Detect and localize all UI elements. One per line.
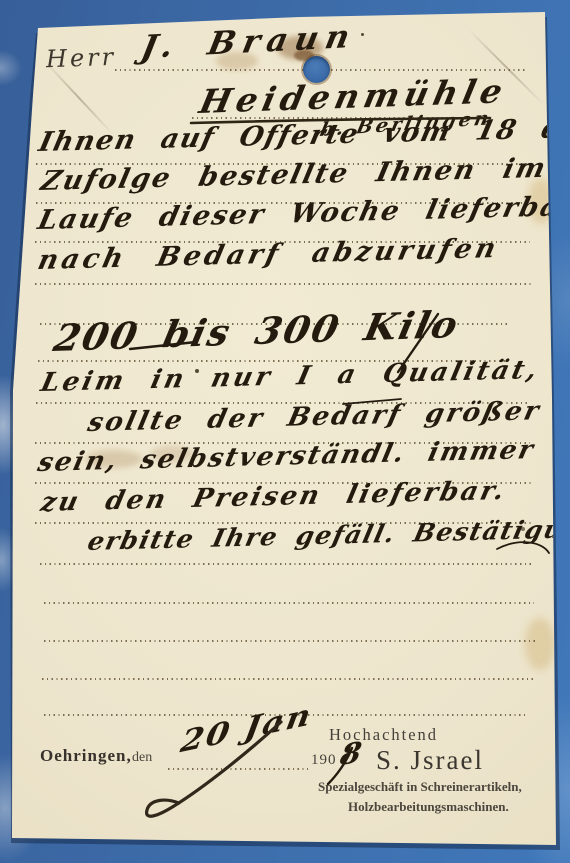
handwriting-date: 20 Jan [178, 697, 315, 760]
handwriting-line-10: erbitte Ihre gefäll. Bestätigung [85, 514, 570, 556]
edge-stain-mid-right [525, 618, 555, 670]
ruled-line [44, 640, 535, 642]
ink-speck [437, 93, 440, 96]
handwriting-recipient: J. Braun [138, 17, 360, 66]
salutation-label: Herr [46, 43, 117, 73]
handwriting-year-digit: 8 [338, 735, 364, 772]
handwriting-line-1: Ihnen auf Offerte vom 18 ds. [36, 113, 570, 158]
postcard: Herr Oehringen, den 190 Hochachtend S. J… [0, 0, 570, 863]
punch-hole [303, 56, 330, 83]
ink-speck [361, 33, 364, 36]
ruled-line [44, 602, 534, 604]
sender-signature: S. Jsrael [376, 745, 484, 776]
ruled-line [40, 563, 532, 565]
ruled-line [35, 283, 532, 285]
date-label: den [132, 750, 152, 766]
ruled-line [42, 678, 535, 680]
business-line-2: Holzbearbeitungsmaschinen. [348, 799, 509, 815]
handwriting-line-2: Zufolge bestellte Ihnen im [38, 153, 550, 197]
ink-speck [195, 369, 199, 373]
ruled-line [168, 768, 308, 770]
handwriting-line-4: nach Bedarf abzurufen [35, 233, 502, 276]
handwriting-line-3: Laufe dieser Woche lieferbar, [35, 191, 570, 236]
ink-speck [521, 527, 525, 531]
handwriting-quantity: 200 bis 300 Kilo [50, 302, 463, 360]
place-label: Oehringen, [40, 746, 132, 766]
year-prefix: 190 [311, 752, 337, 769]
business-line-1: Spezialgeschäft in Schreinerartikeln, [318, 779, 522, 795]
